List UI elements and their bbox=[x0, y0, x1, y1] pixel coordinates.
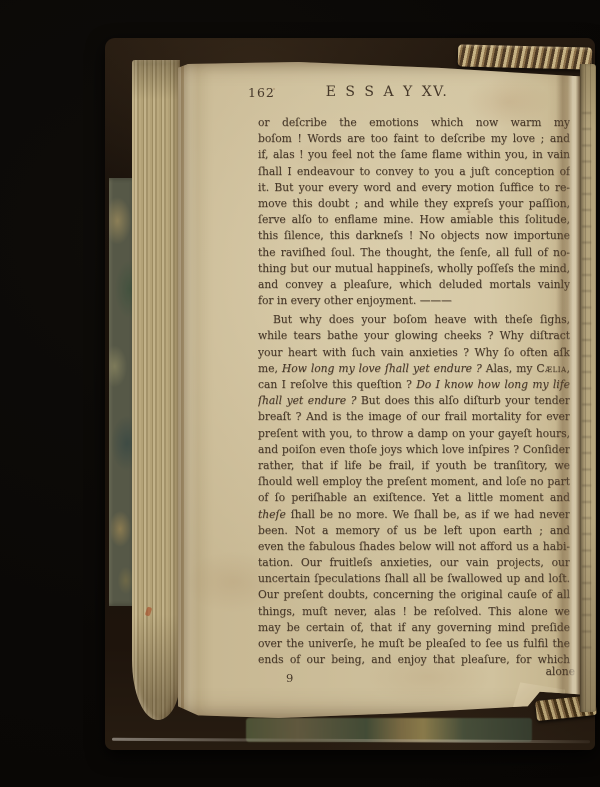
text-line: the raviſhed ſoul. The thought, the ſenſ… bbox=[258, 245, 570, 261]
text-segment: and convey a pleaſure, which deluded mor… bbox=[258, 278, 570, 293]
text-line: preſent with you, to throw a damp on you… bbox=[258, 426, 570, 442]
text-segment: even the fabulous ſhades below will not … bbox=[258, 540, 570, 553]
text-line: may be certain of, that if any governing… bbox=[258, 620, 570, 636]
page-content: 162 E S S A Y XV. or deſcribe the emotio… bbox=[178, 62, 580, 718]
text-line: for in every other enjoyment. ——— bbox=[258, 293, 570, 309]
text-line: your heart with ſuch vain anxieties ? Wh… bbox=[258, 345, 570, 361]
text-line: ends of our being, and enjoy that pleaſu… bbox=[258, 652, 570, 668]
running-title: E S S A Y XV. bbox=[231, 84, 543, 100]
text-segment: and poiſon even thoſe joys which love in… bbox=[258, 443, 570, 456]
text-segment: the raviſhed ſoul. The thought, the ſenſ… bbox=[258, 246, 570, 259]
text-line: move this doubt ; and while they expreſs… bbox=[258, 196, 570, 212]
text-segment: preſent with you, to throw a damp on you… bbox=[258, 427, 570, 440]
text-line: this ſilence, this darkneſs ! No objects… bbox=[258, 228, 570, 244]
text-line: rather, that if life be frail, if youth … bbox=[258, 458, 570, 474]
body-text: or deſcribe the emotions which now warm … bbox=[258, 115, 570, 668]
text-segment: thing but our mutual happineſs, wholly p… bbox=[258, 262, 570, 275]
text-segment: of ſo periſhable an exiſtence. Yet a lit… bbox=[258, 491, 570, 504]
text-line: thing but our mutual happineſs, wholly p… bbox=[258, 261, 570, 277]
text-line: of ſo periſhable an exiſtence. Yet a lit… bbox=[258, 490, 570, 506]
text-line: ſerve alſo to enflame mine. How amiable … bbox=[258, 212, 570, 228]
next-page-sliver bbox=[580, 64, 596, 712]
text-segment: Do I know how long my life bbox=[416, 378, 570, 391]
text-line: theſe ſhall be no more. We ſhall be, as … bbox=[258, 507, 570, 523]
text-segment: theſe bbox=[258, 508, 286, 521]
text-line: or deſcribe the emotions which now warm … bbox=[258, 115, 570, 131]
text-line: over the univerſe, he muſt be pleaſed to… bbox=[258, 636, 570, 652]
text-segment: it. But your every word and every motion… bbox=[258, 181, 570, 194]
text-segment: How long my love ſhall yet endure ? bbox=[282, 362, 482, 375]
text-segment: or deſcribe the emotions which now warm … bbox=[258, 116, 570, 131]
text-line: things, muſt never, alas ! be reſolved. … bbox=[258, 604, 570, 620]
next-page-text-blur bbox=[582, 112, 591, 652]
text-segment: boſom ! Words are too faint to deſcribe … bbox=[258, 132, 570, 145]
text-line: Our preſent doubts, concerning the origi… bbox=[258, 587, 570, 603]
text-segment: move this doubt ; and while they expreſs… bbox=[258, 197, 570, 210]
text-line: uncertain ſpeculations ſhall all be ſwal… bbox=[258, 571, 570, 587]
text-segment: ſhall be no more. We ſhall be, as if we … bbox=[286, 508, 570, 521]
text-segment: ſhall I endeavour to convey to you a juſ… bbox=[258, 165, 570, 178]
text-segment: for in every other enjoyment. ——— bbox=[258, 294, 452, 307]
text-line: ſhall yet endure ? But does this alſo di… bbox=[258, 393, 570, 409]
text-line: can I reſolve this queſtion ? Do I know … bbox=[258, 377, 570, 393]
book-page: 162 E S S A Y XV. or deſcribe the emotio… bbox=[178, 62, 580, 718]
text-segment: over the univerſe, he muſt be pleaſed to… bbox=[258, 637, 570, 650]
text-segment: rather, that if life be frail, if youth … bbox=[258, 459, 570, 472]
text-segment: if, alas ! you feel not the ſame flame w… bbox=[258, 148, 570, 161]
text-segment: your heart with ſuch vain anxieties ? Wh… bbox=[258, 346, 570, 359]
text-line: ſhould well employ the preſent moment, a… bbox=[258, 474, 570, 490]
text-line: and poiſon even thoſe joys which love in… bbox=[258, 442, 570, 458]
headband bbox=[458, 44, 592, 69]
text-segment: me, bbox=[258, 362, 282, 375]
text-segment: while tears bathe your glowing cheeks ? … bbox=[258, 329, 570, 342]
text-line: been. Not a memory of us be left upon ea… bbox=[258, 523, 570, 539]
text-line: even the fabulous ſhades below will not … bbox=[258, 539, 570, 555]
photo-background: 162 E S S A Y XV. or deſcribe the emotio… bbox=[0, 0, 600, 787]
text-segment: ſhould well employ the preſent moment, a… bbox=[258, 475, 570, 488]
text-line: ſhall I endeavour to convey to you a juſ… bbox=[258, 164, 570, 180]
text-segment: ſerve alſo to enflame mine. How amiable … bbox=[258, 213, 570, 226]
text-line: tation. Our fruitleſs anxieties, our vai… bbox=[258, 555, 570, 571]
text-segment: ends of our being, and enjoy that pleaſu… bbox=[258, 653, 570, 666]
text-line: it. But your every word and every motion… bbox=[258, 180, 570, 196]
text-line: if, alas ! you feel not the ſame flame w… bbox=[258, 147, 570, 163]
text-line: me, How long my love ſhall yet endure ? … bbox=[258, 361, 570, 377]
text-segment: can I reſolve this queſtion ? bbox=[258, 378, 416, 391]
page-gutter-curl bbox=[556, 62, 580, 718]
page-header: 162 E S S A Y XV. bbox=[258, 84, 570, 100]
text-segment: been. Not a memory of us be left upon ea… bbox=[258, 524, 570, 537]
text-segment: ſhall yet endure ? bbox=[258, 394, 356, 407]
text-segment: may be certain of, that if any governing… bbox=[258, 621, 570, 634]
text-segment: tation. Our fruitleſs anxieties, our vai… bbox=[258, 556, 570, 569]
text-segment: Our preſent doubts, concerning the origi… bbox=[258, 588, 570, 601]
text-line: breaſt ? And is the image of our frail m… bbox=[258, 409, 570, 425]
text-line: But why does your boſom heave with theſe… bbox=[258, 312, 570, 328]
text-segment: things, muſt never, alas ! be reſolved. … bbox=[258, 605, 570, 618]
signature-mark: 9 bbox=[286, 671, 570, 685]
text-line: and convey a pleaſure, which deluded mor… bbox=[258, 277, 570, 293]
paragraph: But why does your boſom heave with theſe… bbox=[258, 312, 570, 668]
page-fore-edge-stack bbox=[132, 60, 180, 720]
text-segment: But does this alſo diſturb your tender bbox=[356, 394, 570, 407]
text-segment: Alas, my bbox=[482, 362, 537, 375]
text-segment: But why does your boſom heave with theſe… bbox=[273, 313, 570, 326]
paragraph: or deſcribe the emotions which now warm … bbox=[258, 115, 570, 309]
text-segment: breaſt ? And is the image of our frail m… bbox=[258, 410, 570, 423]
text-segment: uncertain ſpeculations ſhall all be ſwal… bbox=[258, 572, 570, 585]
text-line: while tears bathe your glowing cheeks ? … bbox=[258, 328, 570, 344]
text-line: boſom ! Words are too faint to deſcribe … bbox=[258, 131, 570, 147]
text-segment: this ſilence, this darkneſs ! No objects… bbox=[258, 229, 570, 242]
